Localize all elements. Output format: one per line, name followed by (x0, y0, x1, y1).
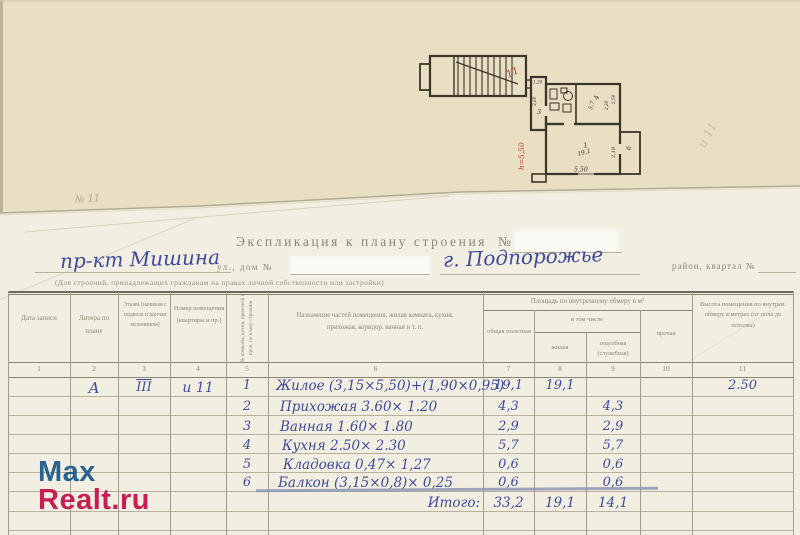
sheet-edge-highlight (0, 188, 800, 215)
header-purpose: Назначение частей помещения, жилая комна… (285, 310, 465, 334)
row-living: 19,1 (534, 378, 586, 393)
sheet-edge (0, 180, 800, 240)
fixtures (550, 88, 573, 112)
district-underline (758, 272, 796, 273)
grid-row-line-1 (8, 396, 793, 397)
redacted-street (292, 258, 428, 274)
entry-litera: А (70, 379, 118, 397)
colnum-9: 9 (586, 364, 640, 373)
grid-col-10 (692, 292, 693, 535)
street-underline (35, 272, 231, 273)
street-label-underline (290, 274, 430, 275)
header-area-group: Площадь по внутреннему обмеру в м² (485, 297, 690, 305)
table-top-border2 (8, 294, 793, 295)
colnum-2: 2 (70, 364, 118, 373)
colnum-3: 3 (118, 364, 170, 373)
row-total: 2,9 (483, 419, 534, 434)
hall-width: 1,20 (533, 80, 543, 85)
form-subtitle: (Для строений, принадлежащих гражданам н… (55, 278, 384, 287)
row-aux: 5,7 (586, 438, 640, 453)
grid-col-9 (640, 310, 641, 535)
watermark-line2: Realt.ru (38, 486, 150, 514)
totals-aux: 14,1 (586, 495, 640, 511)
scanned-document: и 11 (0, 0, 800, 535)
watermark-line1: Max (38, 458, 150, 486)
entry-floor: III (118, 380, 170, 395)
grid-line-subgroup (534, 332, 640, 333)
header-total-area: общая полезная (486, 326, 532, 338)
entry-apartment: и 11 (170, 380, 226, 396)
grid-col-left (8, 291, 9, 535)
row-name: Прихожая 3.60× 1.20 (280, 399, 437, 415)
header-aux-area: подсобная (служебная) (588, 340, 638, 359)
colnum-6: 6 (268, 364, 483, 373)
red-height-note: h=5,50 (517, 142, 526, 170)
red-apartment-number: 11 (505, 65, 521, 80)
totals-living: 19,1 (534, 495, 586, 511)
room-width: 5,50 (574, 167, 588, 174)
row-number: 6 (226, 475, 268, 490)
row-total: 19,1 (483, 378, 534, 393)
kitchen-depth: 2,50 (611, 94, 616, 105)
street-label: ул., дом № (217, 262, 273, 272)
stove-icon (564, 92, 573, 101)
grid-line-header-bottom (8, 362, 793, 363)
row-number: 2 (226, 399, 268, 414)
grid-col-right (793, 291, 794, 535)
plan-walls (420, 56, 640, 182)
header-height: Высота помещения по внутрен. обмеру в ме… (696, 300, 790, 331)
hall-length: 3,60 (532, 96, 537, 106)
row-number: 4 (226, 438, 268, 453)
grid-col-3 (170, 292, 171, 535)
row-total: 4,3 (483, 399, 534, 414)
kitchen-area: 5,7 (588, 100, 596, 110)
district-label: район, квартал № (672, 261, 755, 271)
row-name: Кухня 2.50× 2.30 (282, 438, 406, 454)
colnum-10: 10 (640, 364, 692, 373)
row-height: 2.50 (692, 378, 793, 393)
row-aux: 4,3 (586, 399, 640, 414)
header-litera: Литера по плану (71, 312, 117, 339)
header-date: Дата записи (10, 312, 68, 325)
row-aux: 2,9 (586, 419, 640, 434)
grid-row-line-2 (8, 415, 793, 416)
bathtub-icon (550, 89, 557, 99)
paper-edge-top (0, 0, 800, 2)
balcony-number: 6 (626, 146, 633, 150)
row-number: 3 (226, 419, 268, 434)
row-aux: 0,6 (586, 457, 640, 472)
colnum-8: 8 (534, 364, 586, 373)
colnum-1: 1 (9, 364, 69, 373)
totals-total: 33,2 (483, 495, 534, 511)
floor-plan: 3 1,20 3,60 4 5,7 2,30 2,50 1 19,1 5,50 … (418, 40, 668, 188)
pencil-note: № 11 (75, 193, 101, 206)
city-underline (440, 274, 640, 275)
row-name: Жилое (3,15×5,50)+(1,90×0,95) (276, 378, 504, 394)
room-depth: 2,18 (611, 147, 617, 159)
watermark: Max Realt.ru (38, 458, 150, 515)
side-pencil-note: и 11 (695, 120, 720, 150)
room-area: 19,1 (577, 148, 592, 158)
header-including: в том числе (536, 316, 638, 323)
row-total: 5,7 (483, 438, 534, 453)
balcony (620, 132, 640, 174)
table-top-border (8, 291, 793, 293)
colnum-5: 5 (226, 364, 268, 373)
kitchen-number: 4 (592, 94, 601, 101)
stair-annex (420, 64, 430, 90)
totals-label: Итого: (380, 495, 480, 511)
header-room-index-vertical: № комнаты, кухни, прихожей и проч. по пл… (217, 287, 279, 369)
street-handwritten: пр-кт Мишина (60, 245, 221, 273)
header-living-area: жилая (536, 344, 584, 351)
row-number: 1 (226, 378, 268, 393)
kitchen-width: 2,30 (604, 100, 609, 111)
header-floors: Этажи (начиная с подвала и кончая мезони… (121, 300, 169, 330)
row-name: Ванная 1.60× 1.80 (280, 419, 413, 435)
colnum-11: 11 (692, 364, 793, 373)
counter-icon (563, 104, 571, 112)
colnum-7: 7 (483, 364, 534, 373)
row-name: Кладовка 0,47× 1,27 (283, 457, 431, 473)
row-total: 0,6 (483, 457, 534, 472)
header-other-area: прочая (642, 330, 690, 337)
colnum-4: 4 (170, 364, 226, 373)
plan-red-notes: 11 h=5,50 (505, 65, 526, 170)
grid-line-group (483, 310, 692, 311)
grid-row-line-8 (8, 530, 793, 531)
toilet-icon (550, 103, 559, 110)
hall-number: 3 (537, 108, 541, 116)
row-number: 5 (226, 457, 268, 472)
plan-labels: 3 1,20 3,60 4 5,7 2,30 2,50 1 19,1 5,50 … (532, 80, 633, 174)
